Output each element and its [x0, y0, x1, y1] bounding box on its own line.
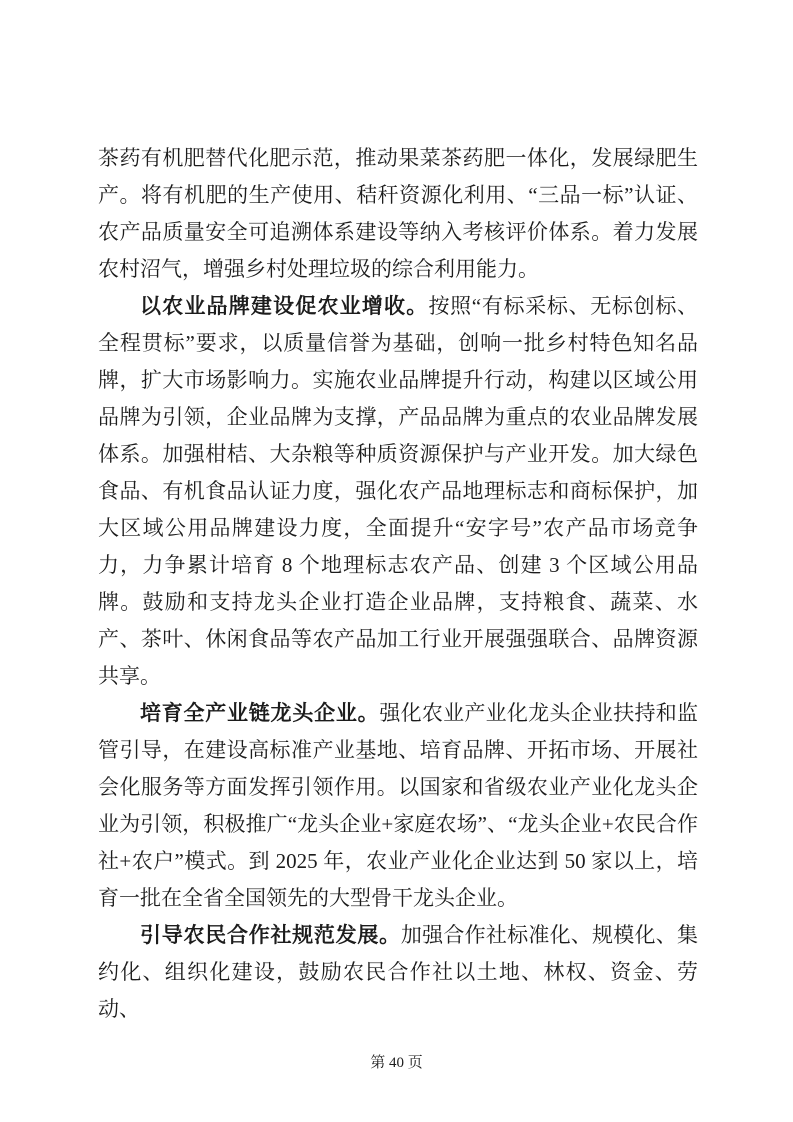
paragraph: 引导农民合作社规范发展。加强合作社标准化、规模化、集约化、组织化建设，鼓励农民合…	[98, 917, 698, 1028]
page-footer: 第 40 页	[0, 1053, 793, 1073]
page-number: 第 40 页	[370, 1055, 423, 1071]
document-body: 茶药有机肥替代化肥示范，推动果菜茶药肥一体化，发展绿肥生产。将有机肥的生产使用、…	[98, 140, 698, 1028]
paragraph-text: 强化农业产业化龙头企业扶持和监管引导，在建设高标准产业基地、培育品牌、开拓市场、…	[98, 701, 698, 910]
paragraph: 茶药有机肥替代化肥示范，推动果菜茶药肥一体化，发展绿肥生产。将有机肥的生产使用、…	[98, 140, 698, 288]
paragraph-lead: 引导农民合作社规范发展。	[140, 924, 401, 947]
document-page: 茶药有机肥替代化肥示范，推动果菜茶药肥一体化，发展绿肥生产。将有机肥的生产使用、…	[0, 0, 793, 1122]
paragraph-text: 茶药有机肥替代化肥示范，推动果菜茶药肥一体化，发展绿肥生产。将有机肥的生产使用、…	[98, 146, 698, 281]
paragraph-lead: 以农业品牌建设促农业增收。	[140, 295, 428, 318]
paragraph: 培育全产业链龙头企业。强化农业产业化龙头企业扶持和监管引导，在建设高标准产业基地…	[98, 695, 698, 917]
paragraph-text: 按照“有标采标、无标创标、全程贯标”要求，以质量信誉为基础，创响一批乡村特色知名…	[98, 294, 698, 688]
paragraph-lead: 培育全产业链龙头企业。	[140, 702, 379, 725]
paragraph: 以农业品牌建设促农业增收。按照“有标采标、无标创标、全程贯标”要求，以质量信誉为…	[98, 288, 698, 695]
